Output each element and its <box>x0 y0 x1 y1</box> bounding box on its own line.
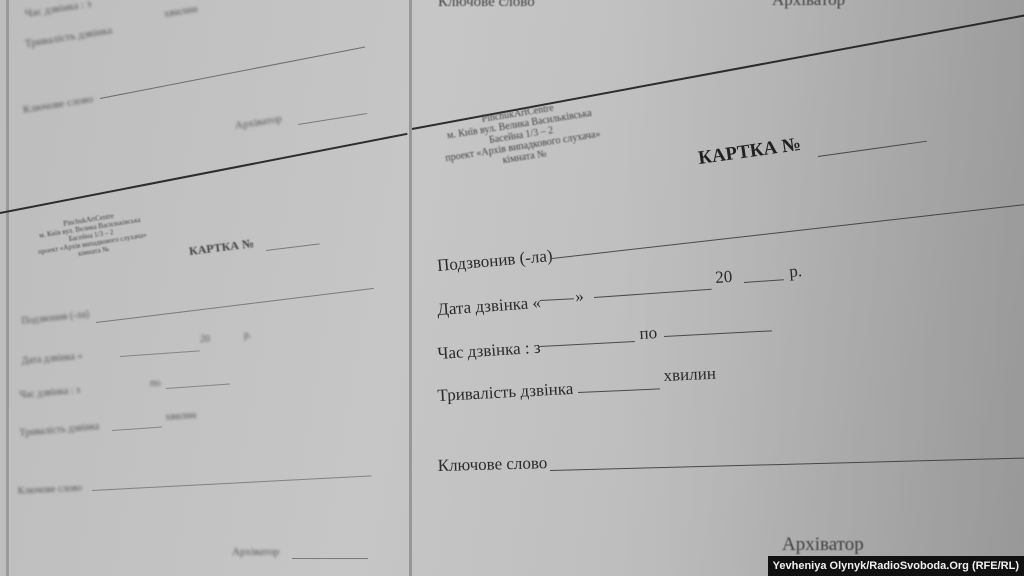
year-line[interactable] <box>744 279 784 283</box>
bl-date-label: Дата дзвінка « <box>21 351 83 367</box>
date-quote-close: » <box>575 286 585 307</box>
year-prefix: 20 <box>715 267 733 288</box>
bl-duration-line <box>112 427 162 431</box>
bl-keyword-line <box>92 475 372 491</box>
time-from-line[interactable] <box>540 341 635 347</box>
tl-row1: Час дзвінка : з <box>24 0 92 20</box>
bl-year-prefix: 20 <box>200 334 210 345</box>
tl-row2: Тривалість дзвінка <box>24 24 113 50</box>
bl-caller-line <box>96 288 374 323</box>
card-number-line <box>818 141 927 157</box>
bl-archivist-label: Архіватор <box>232 546 279 558</box>
date-month-line[interactable] <box>594 289 712 298</box>
bl-date-line <box>120 350 200 357</box>
date-label: Дата дзвінка « <box>437 293 542 320</box>
photo-credit: Yevheniya Olynyk/RadioSvoboda.Org (RFE/R… <box>768 556 1024 576</box>
keyword-line[interactable] <box>550 457 1024 471</box>
duration-unit: хвилин <box>663 364 716 386</box>
photo-scene: Час дзвінка : з Тривалість дзвінка хвили… <box>0 0 1024 576</box>
archivist-label: Архіватор <box>782 534 864 556</box>
date-day-line[interactable] <box>540 298 574 301</box>
tl-archivist-line <box>298 113 367 125</box>
duration-line[interactable] <box>578 388 660 393</box>
caller-label: Подзвонив (-ла) <box>436 246 553 276</box>
tl-keyword-label: Ключове слово <box>22 93 94 116</box>
main-address-block: PinchukArtCentre м. Київ вул. Велика Вас… <box>439 96 603 175</box>
duration-label: Тривалість дзвінка <box>437 379 574 406</box>
tl-row2-unit: хвилин <box>163 3 198 20</box>
tr-keyword-label: Ключове слово <box>438 0 535 11</box>
bl-duration-label: Тривалість дзвінка <box>19 421 100 439</box>
main-card-title: КАРТКА № <box>697 134 802 170</box>
time-to-label: по <box>639 323 658 344</box>
bl-caller-label: Подзвонив (-ла) <box>21 309 90 327</box>
time-label: Час дзвінка : з <box>437 338 541 364</box>
bl-time-to: по <box>150 378 160 389</box>
bl-time-line <box>166 384 230 389</box>
time-to-line[interactable] <box>664 330 772 337</box>
keyword-label: Ключове слово <box>437 453 547 476</box>
year-suffix: р. <box>789 261 803 282</box>
bl-time-label: Час дзвінка : з <box>19 385 80 401</box>
card-divider <box>409 0 412 576</box>
tr-archivist-label: Архіватор <box>772 0 845 10</box>
bl-year-suffix: р. <box>244 330 252 341</box>
card-edge <box>6 0 9 576</box>
tl-keyword-line <box>100 46 365 99</box>
bl-address-block: PinchukArtCentre м. Київ вул. Велика Вас… <box>34 207 149 264</box>
bl-card-title: КАРТКА № <box>188 236 255 259</box>
bl-archivist-line <box>292 558 368 559</box>
bl-duration-unit: хвилин <box>165 410 196 423</box>
tl-archivist-label: Архіватор <box>234 113 283 132</box>
card-boundary-line <box>0 133 408 214</box>
bl-keyword-label: Ключове слово <box>17 483 82 497</box>
caller-field-line[interactable] <box>552 204 1024 259</box>
bl-number-line <box>266 243 320 251</box>
